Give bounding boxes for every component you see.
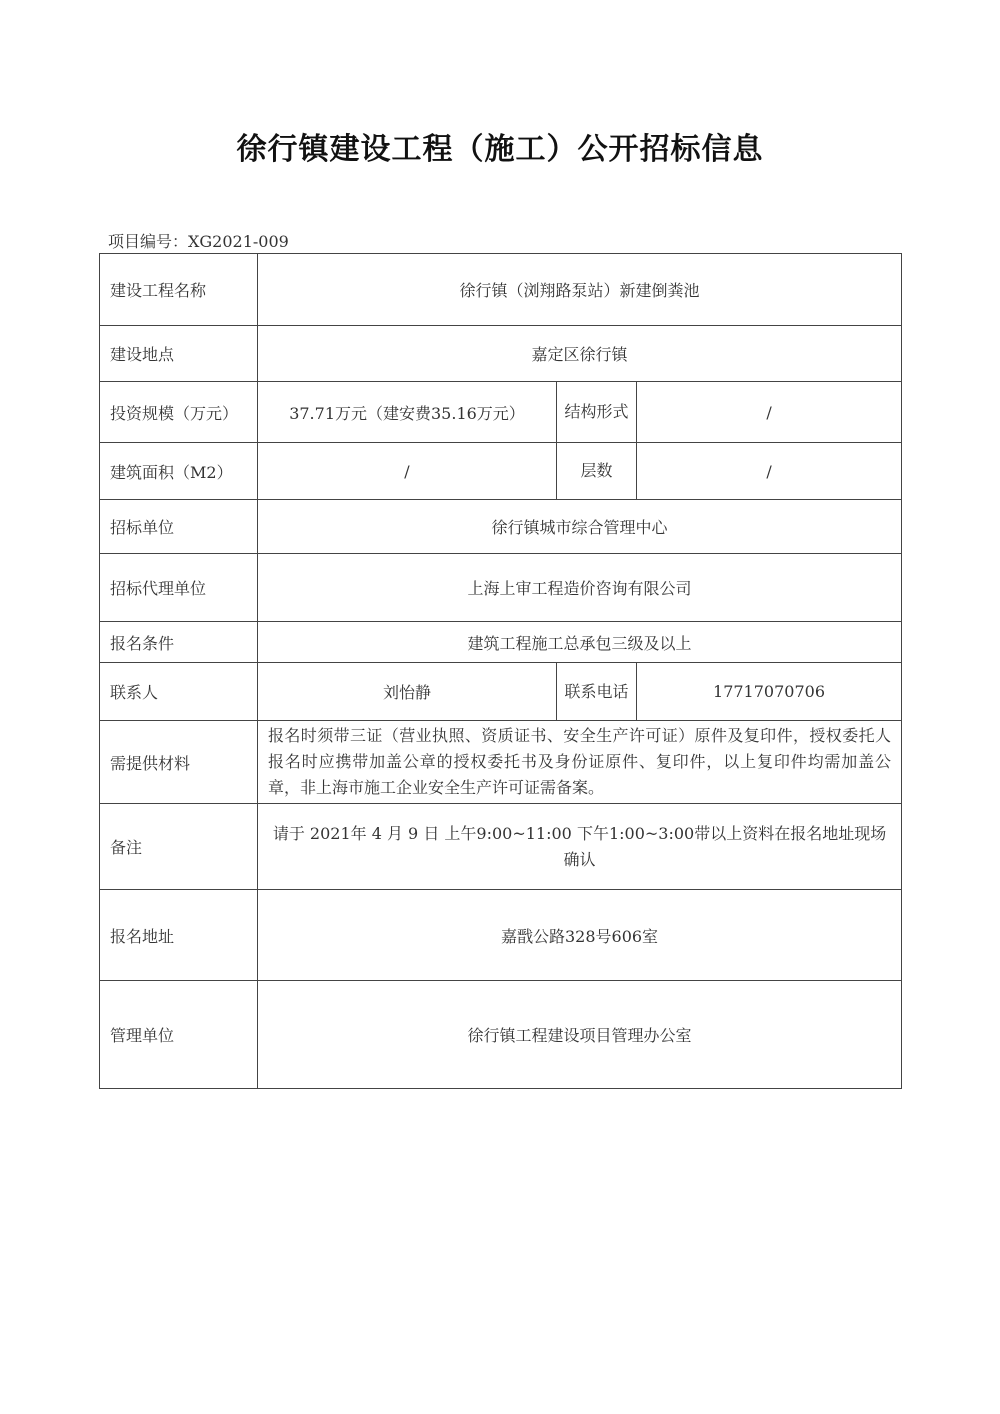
document-title: 徐行镇建设工程（施工）公开招标信息 (0, 124, 1000, 168)
investment-label: 投资规模（万元） (100, 382, 258, 443)
structure-value: / (637, 382, 902, 443)
structure-label: 结构形式 (557, 382, 637, 443)
project-number: 项目编号：XG2021-009 (108, 229, 289, 252)
requirement-label: 报名条件 (100, 622, 258, 663)
contact-value: 刘怡静 (258, 663, 557, 721)
project-name-label: 建设工程名称 (100, 254, 258, 326)
table-row-area: 建筑面积（M2） / 层数 / (100, 443, 902, 500)
remark-label: 备注 (100, 804, 258, 890)
location-value: 嘉定区徐行镇 (258, 326, 902, 382)
area-label: 建筑面积（M2） (100, 443, 258, 500)
address-label: 报名地址 (100, 890, 258, 981)
manager-label: 管理单位 (100, 981, 258, 1089)
agent-value: 上海上审工程造价咨询有限公司 (258, 554, 902, 622)
location-label: 建设地点 (100, 326, 258, 382)
table-row-agent: 招标代理单位 上海上审工程造价咨询有限公司 (100, 554, 902, 622)
table-row-requirement: 报名条件 建筑工程施工总承包三级及以上 (100, 622, 902, 663)
table-row-location: 建设地点 嘉定区徐行镇 (100, 326, 902, 382)
agent-label: 招标代理单位 (100, 554, 258, 622)
materials-value: 报名时须带三证（营业执照、资质证书、安全生产许可证）原件及复印件，授权委托人报名… (258, 721, 902, 804)
table-row-materials: 需提供材料 报名时须带三证（营业执照、资质证书、安全生产许可证）原件及复印件，授… (100, 721, 902, 804)
table-row-project-name: 建设工程名称 徐行镇（浏翔路泵站）新建倒粪池 (100, 254, 902, 326)
remark-value: 请于 2021年 4 月 9 日 上午9:00~11:00 下午1:00~3:0… (258, 804, 902, 890)
floors-value: / (637, 443, 902, 500)
phone-label: 联系电话 (557, 663, 637, 721)
table-row-remark: 备注 请于 2021年 4 月 9 日 上午9:00~11:00 下午1:00~… (100, 804, 902, 890)
tenderer-value: 徐行镇城市综合管理中心 (258, 500, 902, 554)
table-row-tenderer: 招标单位 徐行镇城市综合管理中心 (100, 500, 902, 554)
materials-label: 需提供材料 (100, 721, 258, 804)
tenderer-label: 招标单位 (100, 500, 258, 554)
requirement-value: 建筑工程施工总承包三级及以上 (258, 622, 902, 663)
manager-value: 徐行镇工程建设项目管理办公室 (258, 981, 902, 1089)
table-row-investment: 投资规模（万元） 37.71万元（建安费35.16万元） 结构形式 / (100, 382, 902, 443)
table-row-contact: 联系人 刘怡静 联系电话 17717070706 (100, 663, 902, 721)
tender-info-table: 建设工程名称 徐行镇（浏翔路泵站）新建倒粪池 建设地点 嘉定区徐行镇 投资规模（… (99, 253, 902, 1089)
floors-label: 层数 (557, 443, 637, 500)
address-value: 嘉戬公路328号606室 (258, 890, 902, 981)
project-name-value: 徐行镇（浏翔路泵站）新建倒粪池 (258, 254, 902, 326)
investment-value: 37.71万元（建安费35.16万元） (258, 382, 557, 443)
phone-value: 17717070706 (637, 663, 902, 721)
area-value: / (258, 443, 557, 500)
table-row-address: 报名地址 嘉戬公路328号606室 (100, 890, 902, 981)
table-row-manager: 管理单位 徐行镇工程建设项目管理办公室 (100, 981, 902, 1089)
contact-label: 联系人 (100, 663, 258, 721)
